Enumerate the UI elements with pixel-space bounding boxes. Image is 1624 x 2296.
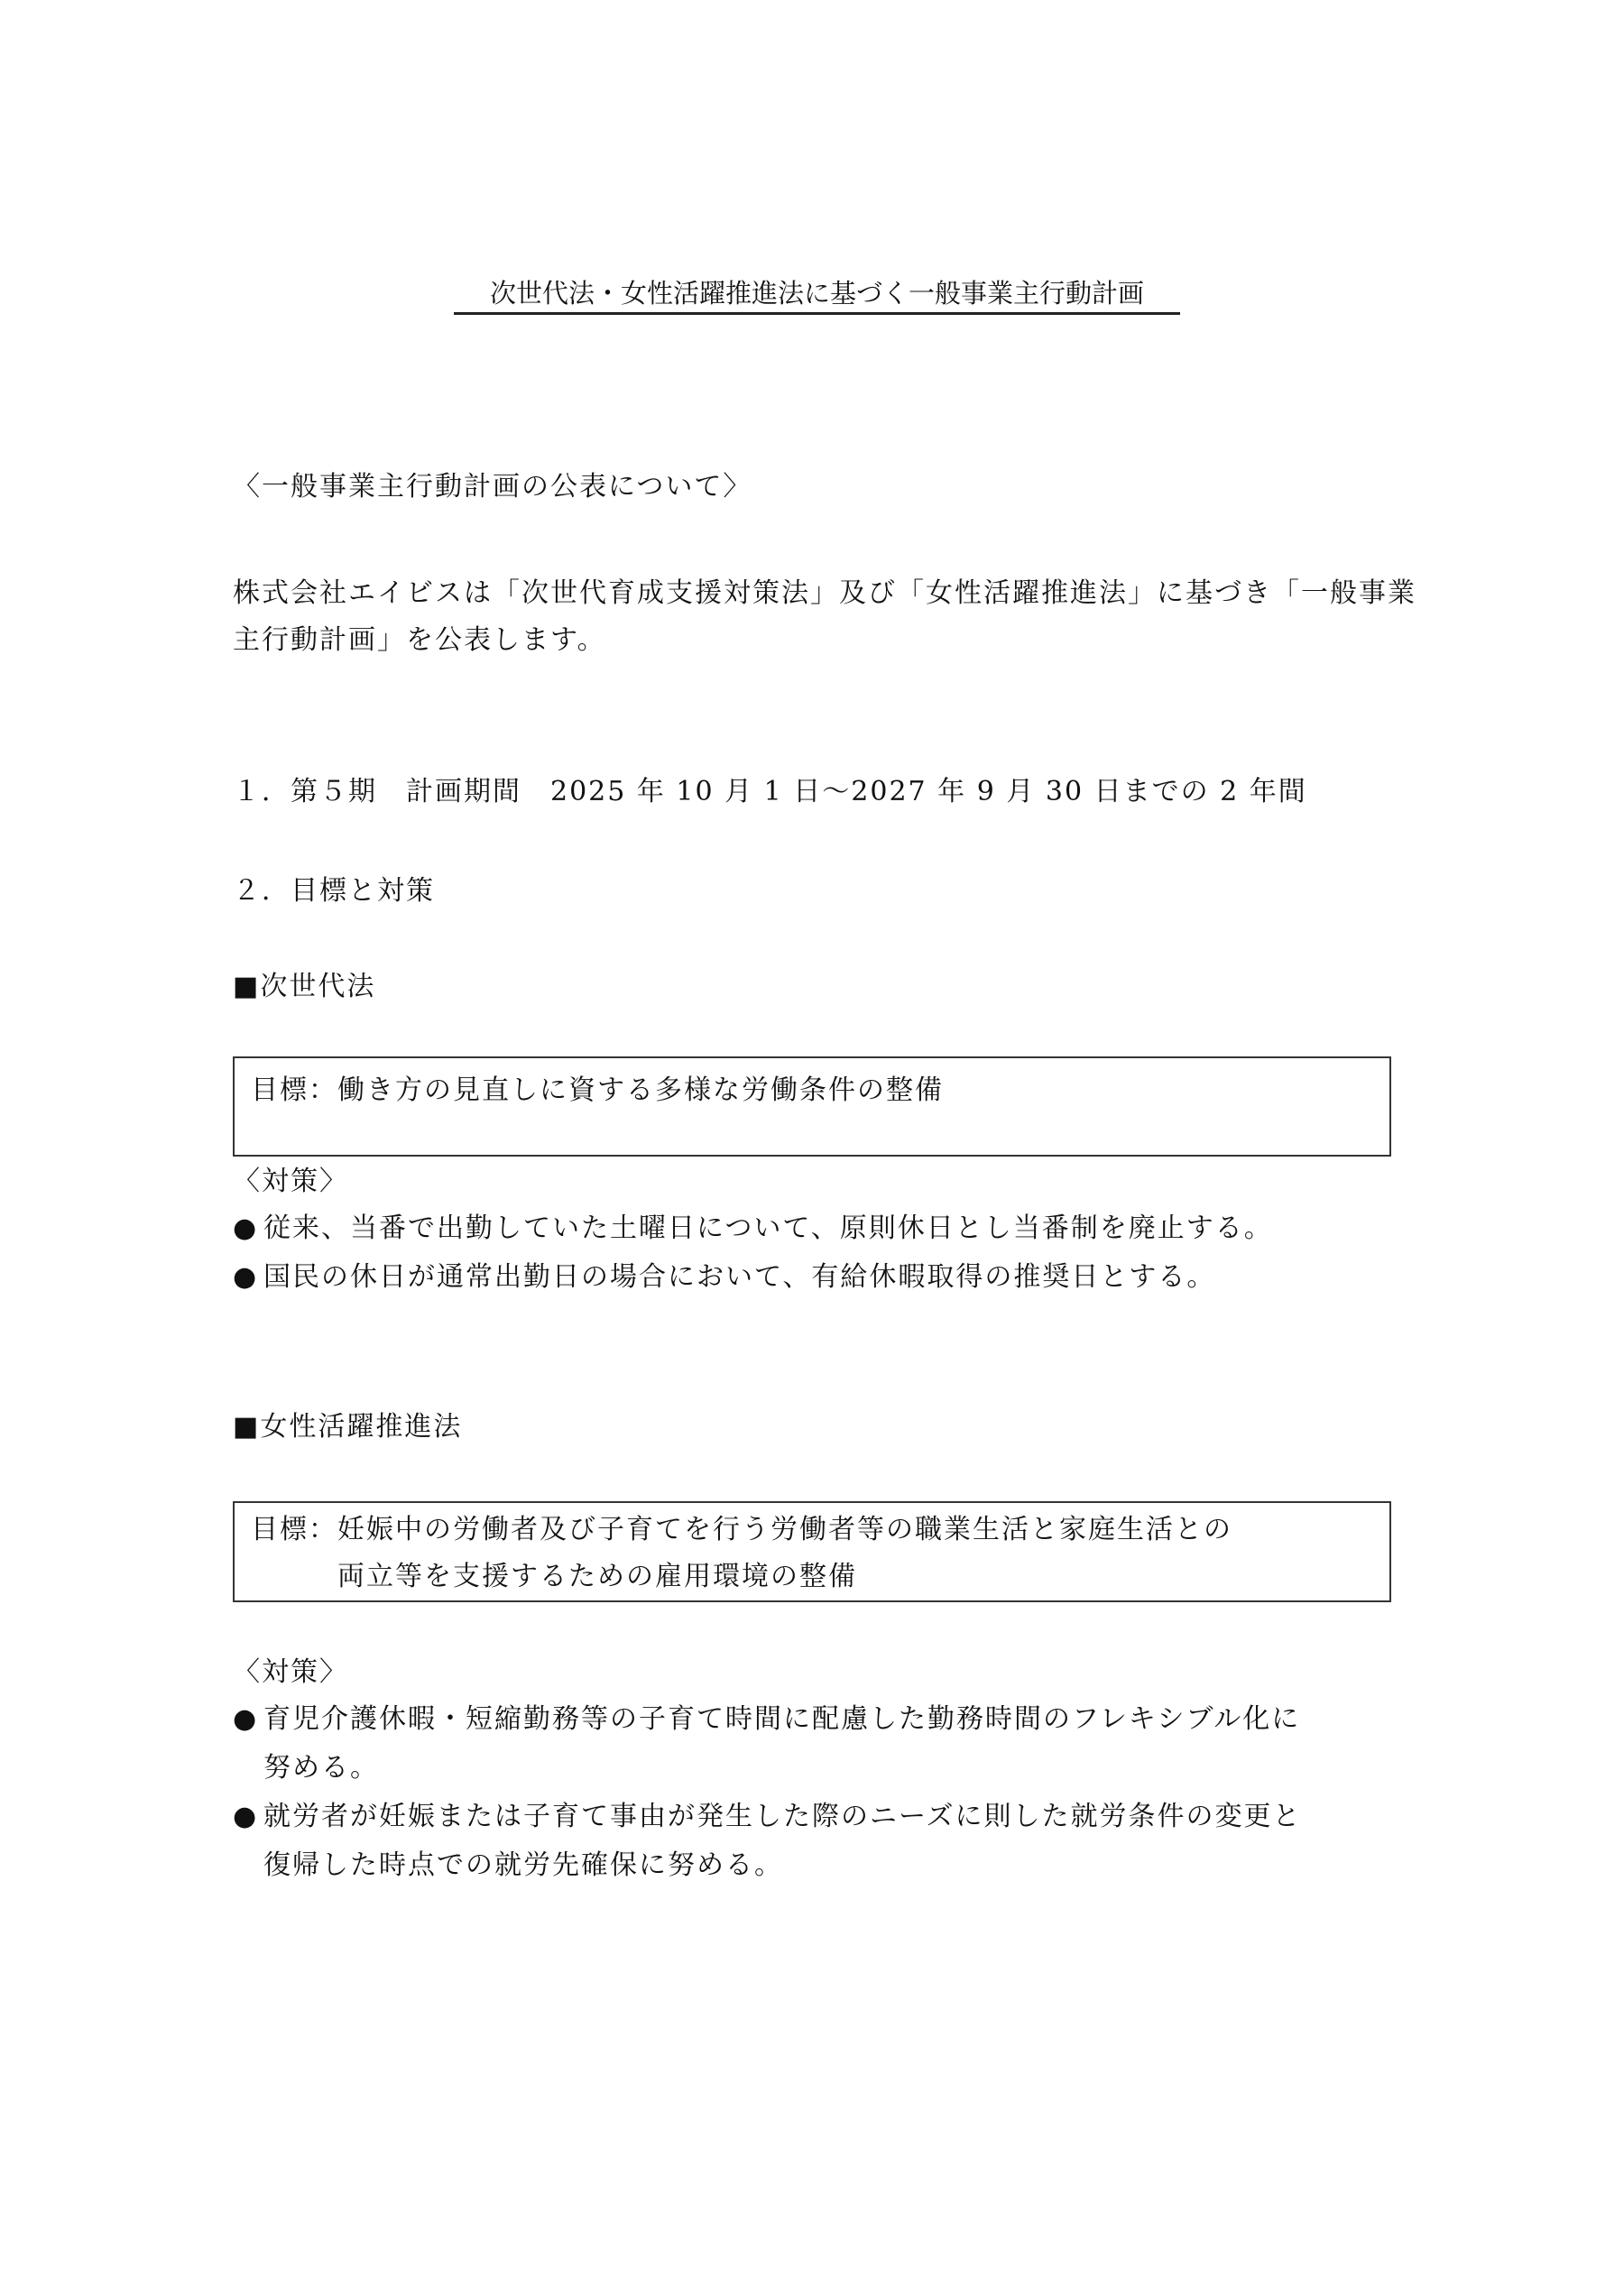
women-law-measures-label: 〈対策〉 xyxy=(233,1655,348,1691)
women-law-goal-line-1: 目標：妊娠中の労働者及び子育てを行う労働者等の職業生活と家庭生活との xyxy=(251,1512,1232,1548)
bullet-icon: ● xyxy=(233,1799,263,1835)
women-law-goal-line-2: 両立等を支援するための雇用環境の整備 xyxy=(337,1559,857,1595)
next-gen-goal-box: 目標：働き方の見直しに資する多様な労働条件の整備 xyxy=(233,1056,1391,1157)
women-law-measure-2: ●就労者が妊娠または子育て事由が発生した際のニーズに則した就労条件の変更と xyxy=(233,1799,1302,1835)
women-law-measure-2-continuation: 復帰した時点での就労先確保に努める。 xyxy=(263,1848,783,1884)
women-law-measure-1: ●育児介護休暇・短縮勤務等の子育て時間に配慮した勤務時間のフレキシブル化に xyxy=(233,1701,1300,1738)
next-gen-goal-text: 目標：働き方の見直しに資する多様な労働条件の整備 xyxy=(251,1073,944,1109)
intro-line-2: 主行動計画」を公表します。 xyxy=(233,622,606,659)
bullet-icon: ● xyxy=(233,1701,263,1738)
bullet-icon: ● xyxy=(233,1259,263,1296)
section-1-plan-period: １．第５期 計画期間 2025 年 10 月 1 日～2027 年 9 月 30… xyxy=(233,774,1307,810)
intro-line-1: 株式会社エイビスは「次世代育成支援対策法」及び「女性活躍推進法」に基づき「一般事… xyxy=(233,576,1416,612)
section-2-heading: ２．目標と対策 xyxy=(233,873,435,909)
women-law-measure-1-continuation: 努める。 xyxy=(263,1750,379,1786)
women-law-heading: ■女性活躍推進法 xyxy=(233,1409,462,1445)
next-gen-measure-2: ●国民の休日が通常出勤日の場合において、有給休暇取得の推奨日とする。 xyxy=(233,1259,1215,1296)
announcement-heading: 〈一般事業主行動計画の公表について〉 xyxy=(233,469,752,505)
women-law-goal-box: 目標：妊娠中の労働者及び子育てを行う労働者等の職業生活と家庭生活との 両立等を支… xyxy=(233,1501,1391,1602)
measure-text: 育児介護休暇・短縮勤務等の子育て時間に配慮した勤務時間のフレキシブル化に xyxy=(263,1703,1300,1735)
document-title: 次世代法・女性活躍推進法に基づく一般事業主行動計画 xyxy=(454,275,1180,315)
measure-text: 就労者が妊娠または子育て事由が発生した際のニーズに則した就労条件の変更と xyxy=(263,1801,1302,1832)
measure-text: 従来、当番で出勤していた土曜日について、原則休日とし当番制を廃止する。 xyxy=(263,1213,1273,1244)
next-gen-measures-label: 〈対策〉 xyxy=(233,1164,348,1200)
next-gen-measure-1: ●従来、当番で出勤していた土曜日について、原則休日とし当番制を廃止する。 xyxy=(233,1211,1273,1247)
next-gen-law-heading: ■次世代法 xyxy=(233,969,375,1005)
measure-text: 国民の休日が通常出勤日の場合において、有給休暇取得の推奨日とする。 xyxy=(263,1261,1215,1293)
bullet-icon: ● xyxy=(233,1211,263,1247)
